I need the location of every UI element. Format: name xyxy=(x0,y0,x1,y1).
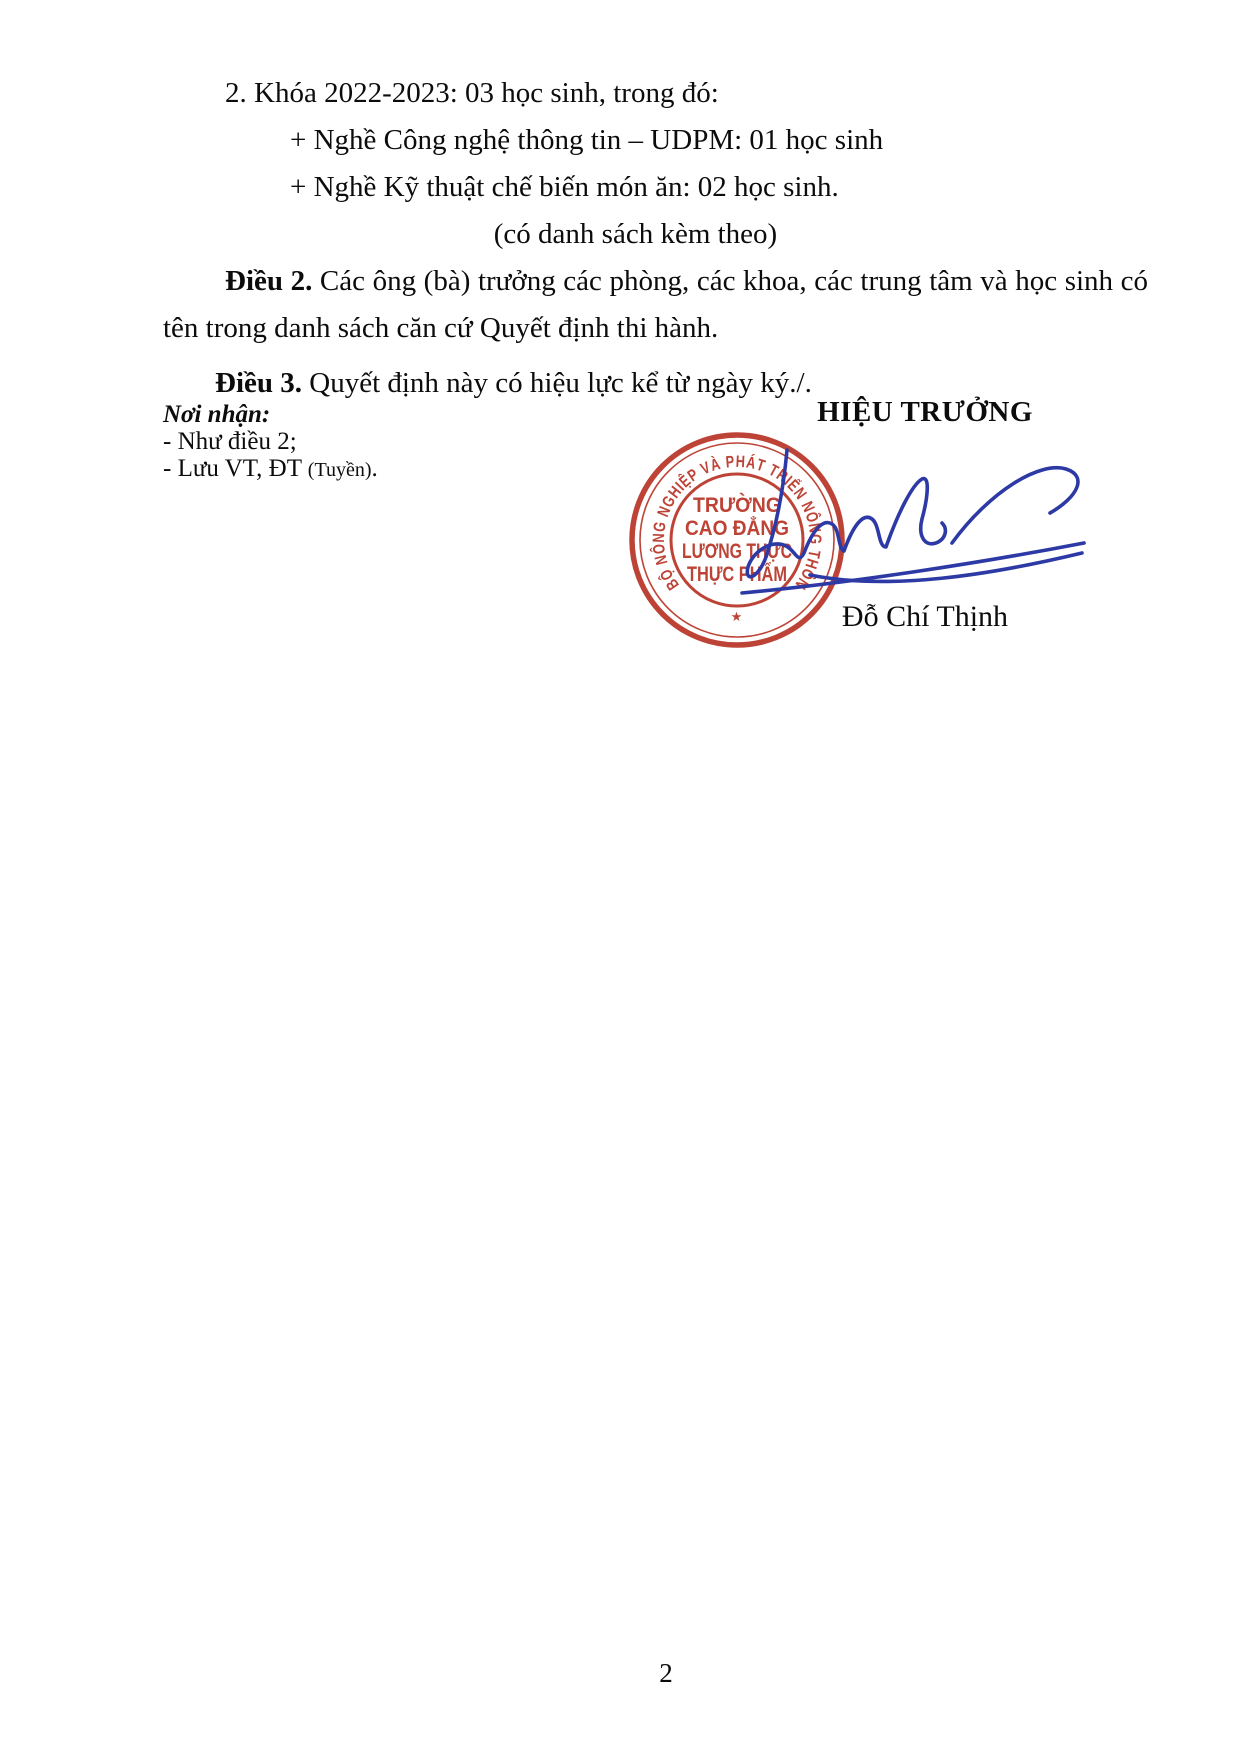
signature xyxy=(690,425,1110,625)
page-number: 2 xyxy=(640,1658,692,1689)
recipients-block: Nơi nhận: - Như điều 2; - Lưu VT, ĐT (Tu… xyxy=(163,401,378,484)
recipients-heading: Nơi nhận: xyxy=(163,401,378,428)
clause-khoa-line: 2. Khóa 2022-2023: 03 học sinh, trong đó… xyxy=(163,70,1148,117)
recipient-item-2: - Lưu VT, ĐT (Tuyền). xyxy=(163,455,378,484)
signature-main-stroke xyxy=(747,450,945,577)
article-3-label: Điều 3. xyxy=(215,367,302,399)
article-2-paragraph: Điều 2. Các ông (bà) trưởng các phòng, c… xyxy=(163,258,1148,352)
clause-item-2: + Nghề Kỹ thuật chế biến món ăn: 02 học … xyxy=(163,164,1148,211)
recipient-item-2-period: . xyxy=(372,455,378,482)
recipient-item-2-note: (Tuyền) xyxy=(308,459,372,481)
clause-item-1: + Nghề Công nghệ thông tin – UDPM: 01 họ… xyxy=(163,117,1148,164)
signature-flourish-stroke xyxy=(952,468,1078,543)
attachment-note: (có danh sách kèm theo) xyxy=(163,211,1148,258)
signer-name: Đỗ Chí Thịnh xyxy=(770,600,1080,634)
document-page: 2. Khóa 2022-2023: 03 học sinh, trong đó… xyxy=(0,0,1241,1754)
recipient-item-1: - Như điều 2; xyxy=(163,428,378,455)
article-2-label: Điều 2. xyxy=(225,265,312,297)
article-3-text: Quyết định này có hiệu lực kể từ ngày ký… xyxy=(302,367,812,399)
recipient-item-2-text: - Lưu VT, ĐT xyxy=(163,455,308,482)
body-text: 2. Khóa 2022-2023: 03 học sinh, trong đó… xyxy=(163,70,1148,407)
